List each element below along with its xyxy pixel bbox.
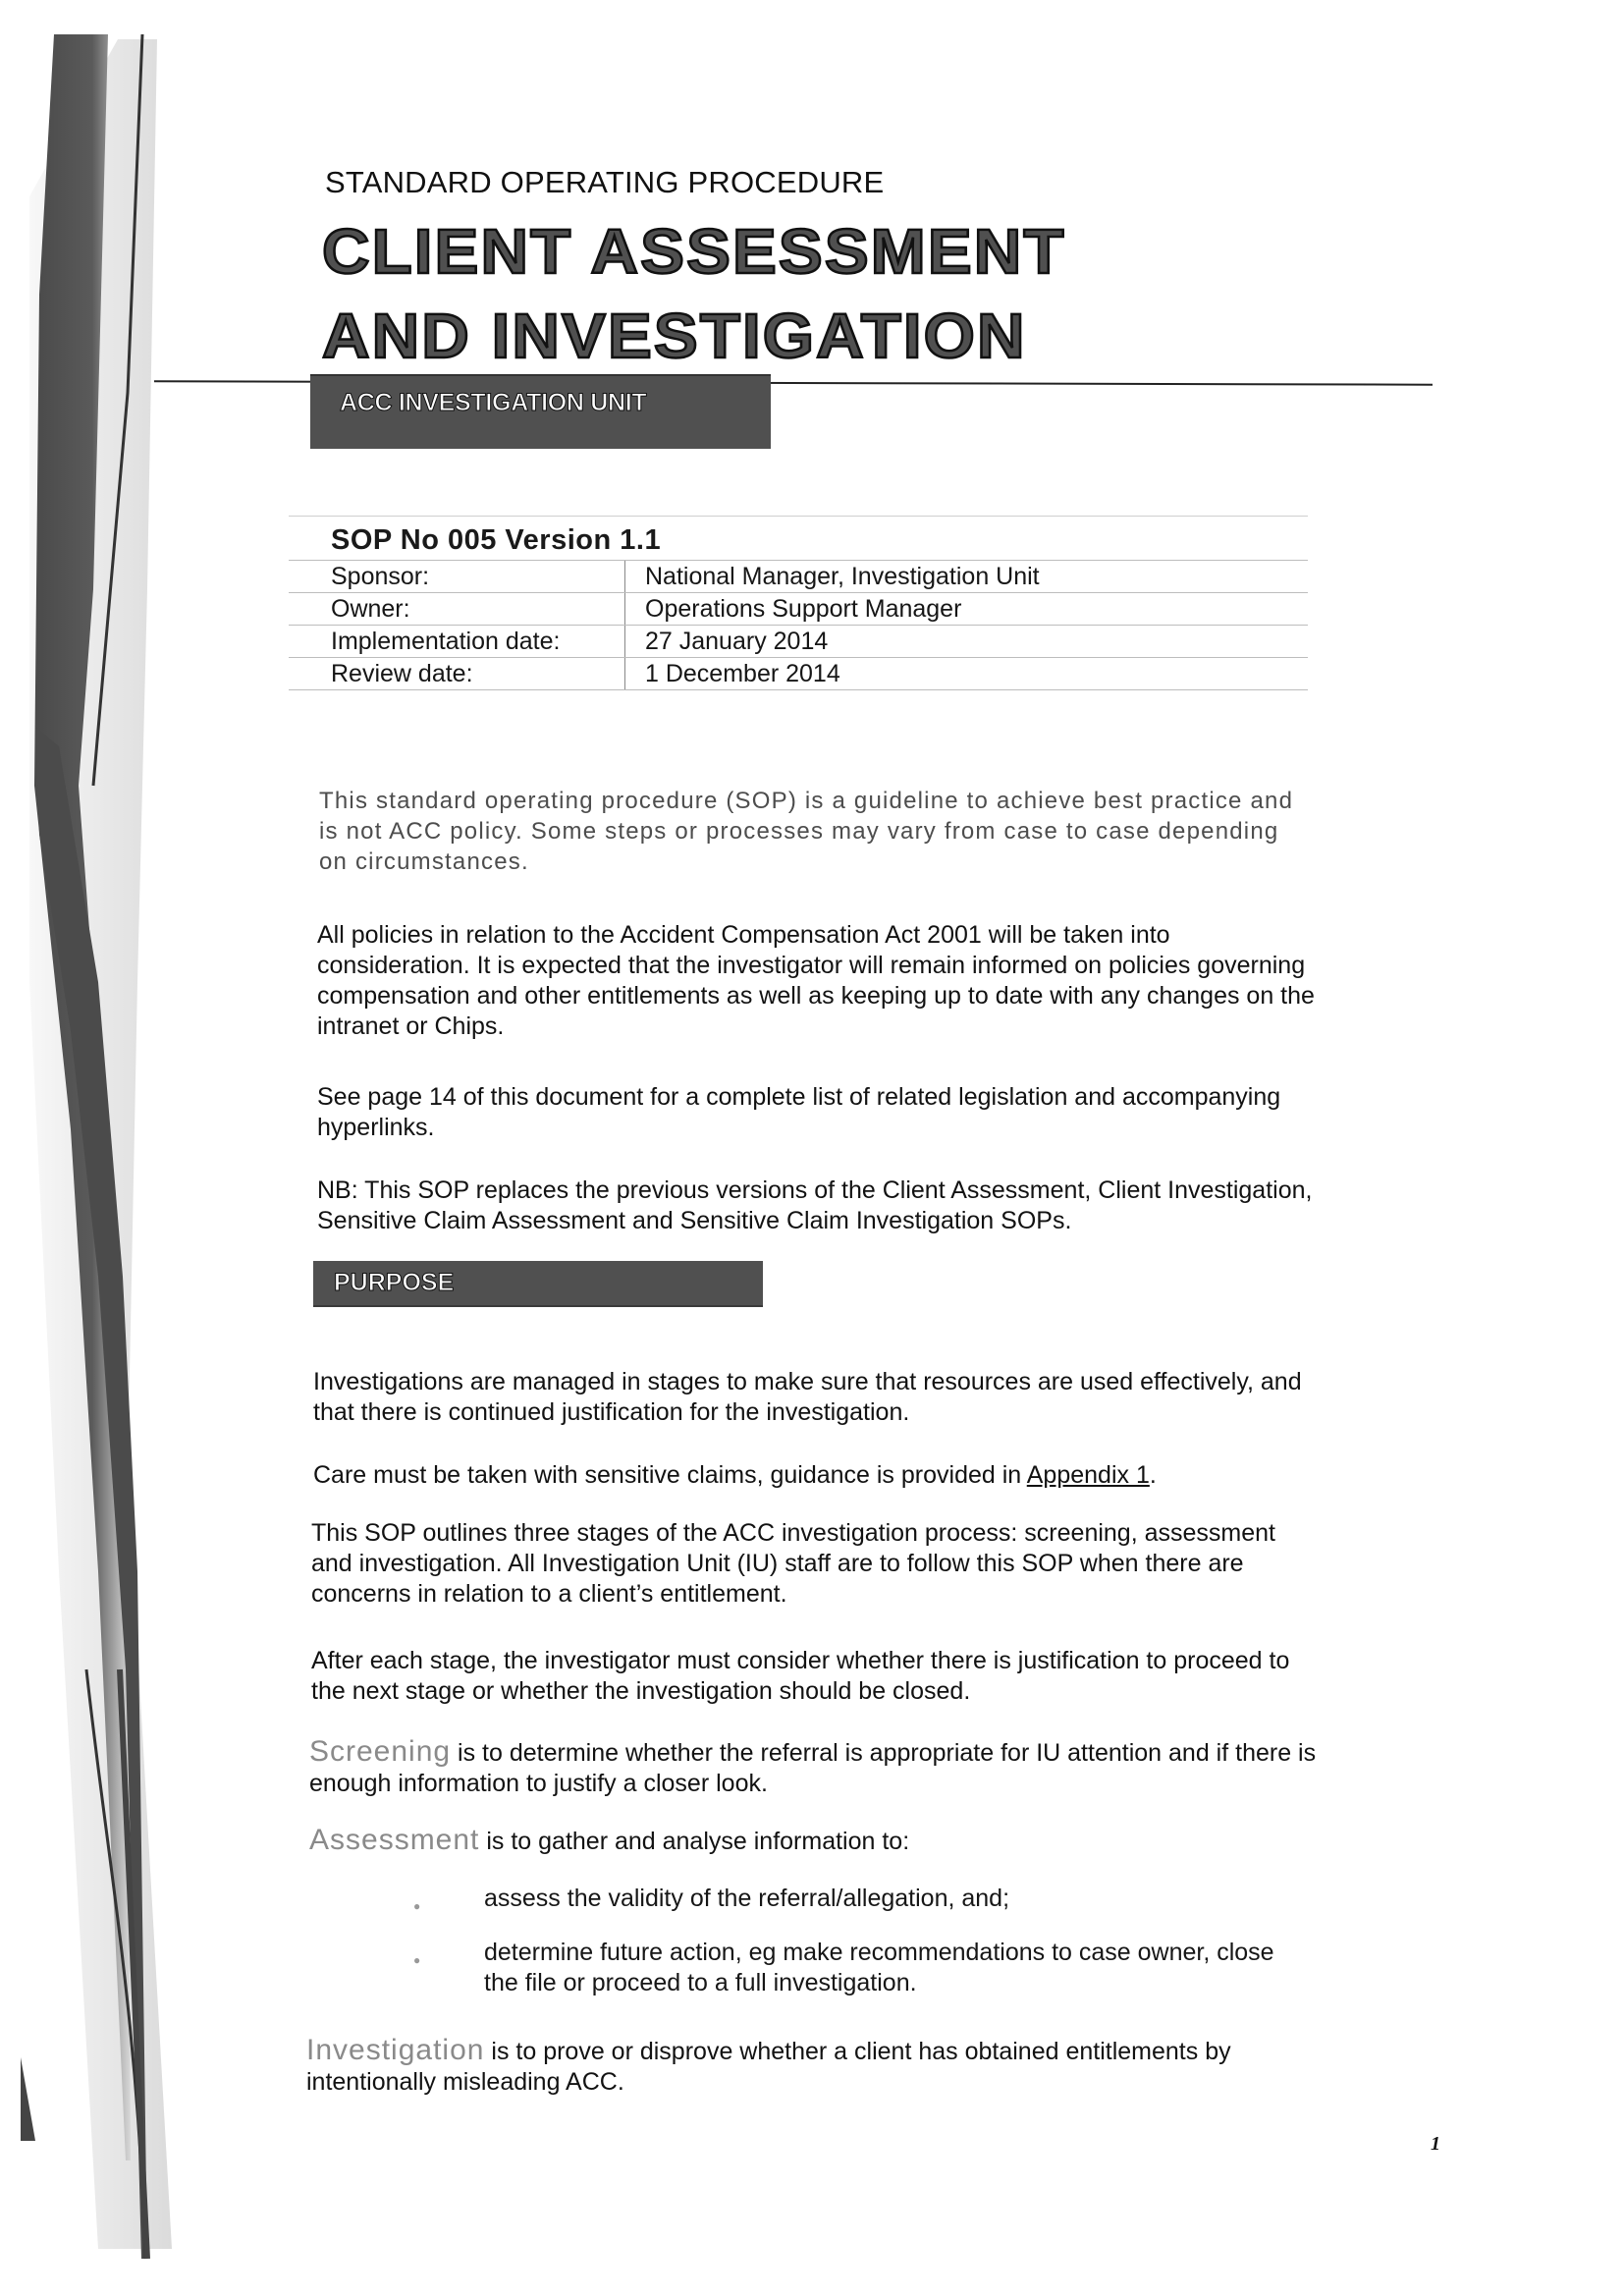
assessment-definition: Assessment is to gather and analyse info… <box>309 1825 1311 1857</box>
sop-number: SOP No 005 Version 1.1 <box>289 520 1308 560</box>
bullet-icon: ● <box>413 1891 420 1922</box>
bullet-text: assess the validity of the referral/alle… <box>484 1885 1009 1912</box>
document-title-line-1: CLIENT ASSESSMENT <box>322 209 1066 294</box>
purpose-section-banner: PURPOSE <box>313 1261 763 1307</box>
sensitive-claims-text: Care must be taken with sensitive claims… <box>313 1461 1027 1489</box>
metadata-value: 27 January 2014 <box>625 626 828 657</box>
sop-metadata-table: SOP No 005 Version 1.1 Sponsor: National… <box>289 516 1308 690</box>
screening-term: Screening <box>309 1735 451 1768</box>
intro-paragraph-legislation: See page 14 of this document for a compl… <box>317 1082 1319 1143</box>
metadata-row-implementation-date: Implementation date: 27 January 2014 <box>289 625 1308 657</box>
sensitive-claims-end: . <box>1150 1461 1157 1489</box>
metadata-value: Operations Support Manager <box>625 593 961 625</box>
intro-paragraph-nb: NB: This SOP replaces the previous versi… <box>317 1175 1319 1236</box>
intro-paragraph-policies: All policies in relation to the Accident… <box>317 920 1319 1042</box>
screening-definition: Screening is to determine whether the re… <box>309 1736 1321 1799</box>
unit-banner: ACC INVESTIGATION UNIT <box>310 374 771 449</box>
metadata-row-sponsor: Sponsor: National Manager, Investigation… <box>289 560 1308 592</box>
disclaimer-text: This standard operating procedure (SOP) … <box>319 786 1311 877</box>
document-title: CLIENT ASSESSMENT AND INVESTIGATION <box>322 209 1066 378</box>
metadata-label: Sponsor: <box>289 561 625 592</box>
list-item: ● determine future action, eg make recom… <box>403 1938 1286 1998</box>
investigation-term: Investigation <box>306 2034 484 2066</box>
investigation-definition: Investigation is to prove or disprove wh… <box>306 2035 1337 2098</box>
purpose-paragraph-stages: Investigations are managed in stages to … <box>313 1367 1315 1428</box>
purpose-paragraph-sensitive-claims: Care must be taken with sensitive claims… <box>313 1460 1315 1491</box>
document-title-line-2: AND INVESTIGATION <box>322 294 1066 378</box>
list-item: ● assess the validity of the referral/al… <box>403 1884 1286 1914</box>
appendix-1-link[interactable]: Appendix 1 <box>1027 1461 1150 1489</box>
screening-text: is to determine whether the referral is … <box>309 1739 1316 1797</box>
metadata-top-rule <box>289 516 1308 517</box>
bullet-icon: ● <box>413 1945 420 1976</box>
assessment-bullet-list: ● assess the validity of the referral/al… <box>403 1884 1286 2022</box>
purpose-heading: PURPOSE <box>334 1269 454 1297</box>
metadata-row-owner: Owner: Operations Support Manager <box>289 592 1308 625</box>
purpose-paragraph-three-stages: This SOP outlines three stages of the AC… <box>311 1518 1313 1610</box>
metadata-row-review-date: Review date: 1 December 2014 <box>289 657 1308 690</box>
page-number: 1 <box>1431 2133 1440 2156</box>
bullet-text: determine future action, eg make recomme… <box>484 1939 1274 1996</box>
metadata-value: 1 December 2014 <box>625 658 840 689</box>
document-type-label: STANDARD OPERATING PROCEDURE <box>325 165 884 200</box>
metadata-label: Owner: <box>289 593 625 625</box>
metadata-label: Review date: <box>289 658 625 689</box>
unit-banner-label: ACC INVESTIGATION UNIT <box>340 389 646 417</box>
assessment-term: Assessment <box>309 1824 479 1856</box>
purpose-paragraph-after-each-stage: After each stage, the investigator must … <box>311 1646 1313 1707</box>
assessment-text: is to gather and analyse information to: <box>479 1828 909 1855</box>
metadata-value: National Manager, Investigation Unit <box>625 561 1040 592</box>
document-page: STANDARD OPERATING PROCEDURE CLIENT ASSE… <box>0 0 1623 2296</box>
metadata-label: Implementation date: <box>289 626 625 657</box>
